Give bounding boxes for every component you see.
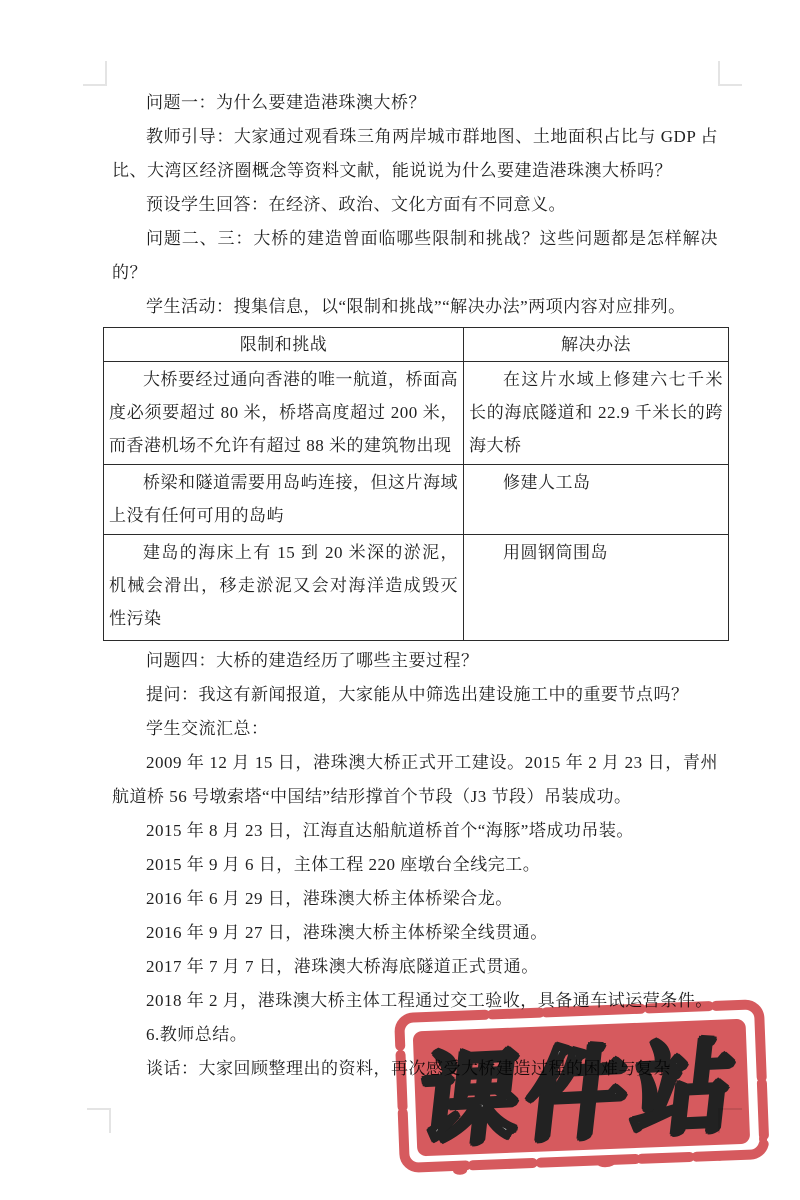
table-header-solutions: 解决办法	[464, 328, 729, 362]
table-cell-solution: 修建人工岛	[464, 465, 729, 535]
paragraph-expected-answer: 预设学生回答：在经济、政治、文化方面有不同意义。	[112, 188, 718, 222]
paragraph-student-summary: 学生交流汇总：	[112, 712, 718, 746]
paragraph-prompt: 提问：我这有新闻报道，大家能从中筛选出建设施工中的重要节点吗？	[112, 678, 718, 712]
paragraph-timeline-2015-09: 2015 年 9 月 6 日，主体工程 220 座墩台全线完工。	[112, 848, 718, 882]
paragraph-timeline-2018-02: 2018 年 2 月，港珠澳大桥主体工程通过交工验收，具备通车试运营条件。	[112, 984, 718, 1018]
table-row: 建岛的海床上有 15 到 20 米深的淤泥，机械会滑出，移走淤泥又会对海洋造成毁…	[104, 535, 729, 641]
document-content: 问题一：为什么要建造港珠澳大桥？ 教师引导：大家通过观看珠三角两岸城市群地图、土…	[103, 86, 728, 1086]
paragraph-student-activity: 学生活动：搜集信息，以“限制和挑战”“解决办法”两项内容对应排列。	[112, 290, 718, 324]
table-header-row: 限制和挑战 解决办法	[104, 328, 729, 362]
table-cell-solution: 用圆钢筒围岛	[464, 535, 729, 641]
text-boundary-mark-bottom-left	[87, 1108, 111, 1133]
paragraph-question-4: 问题四：大桥的建造经历了哪些主要过程？	[112, 644, 718, 678]
table-row: 大桥要经过通向香港的唯一航道，桥面高度必须要超过 80 米，桥塔高度超过 200…	[104, 362, 729, 465]
paragraph-closing-talk: 谈话：大家回顾整理出的资料，再次感受大桥建造过程的困难与复杂	[112, 1052, 718, 1086]
paragraph-timeline-2016-06: 2016 年 6 月 29 日，港珠澳大桥主体桥梁合龙。	[112, 882, 718, 916]
paragraph-timeline-2017-07: 2017 年 7 月 7 日，港珠澳大桥海底隧道正式贯通。	[112, 950, 718, 984]
text-boundary-mark-bottom-right	[718, 1108, 742, 1133]
table-cell-challenge: 大桥要经过通向香港的唯一航道，桥面高度必须要超过 80 米，桥塔高度超过 200…	[104, 362, 464, 465]
table-row: 桥梁和隧道需要用岛屿连接，但这片海域上没有任何可用的岛屿 修建人工岛	[104, 465, 729, 535]
challenges-solutions-table: 限制和挑战 解决办法 大桥要经过通向香港的唯一航道，桥面高度必须要超过 80 米…	[103, 327, 729, 641]
paragraph-timeline-2016-09: 2016 年 9 月 27 日，港珠澳大桥主体桥梁全线贯通。	[112, 916, 718, 950]
document-page: 问题一：为什么要建造港珠澳大桥？ 教师引导：大家通过观看珠三角两岸城市群地图、土…	[0, 0, 800, 1200]
paragraph-timeline-2015-08: 2015 年 8 月 23 日，江海直达船航道桥首个“海豚”塔成功吊装。	[112, 814, 718, 848]
paragraph-question-1: 问题一：为什么要建造港珠澳大桥？	[112, 86, 718, 120]
text-boundary-mark-top-right	[718, 61, 742, 86]
paragraph-question-2-3: 问题二、三：大桥的建造曾面临哪些限制和挑战？这些问题都是怎样解决的？	[112, 222, 718, 290]
table-cell-challenge: 桥梁和隧道需要用岛屿连接，但这片海域上没有任何可用的岛屿	[104, 465, 464, 535]
table-cell-challenge: 建岛的海床上有 15 到 20 米深的淤泥，机械会滑出，移走淤泥又会对海洋造成毁…	[104, 535, 464, 641]
paragraph-teacher-guidance: 教师引导：大家通过观看珠三角两岸城市群地图、土地面积占比与 GDP 占比、大湾区…	[112, 120, 718, 188]
paragraph-teacher-conclusion: 6.教师总结。	[112, 1018, 718, 1052]
table-header-challenges: 限制和挑战	[104, 328, 464, 362]
text-boundary-mark-top-left	[83, 61, 107, 86]
table-cell-solution: 在这片水域上修建六七千米长的海底隧道和 22.9 千米长的跨海大桥	[464, 362, 729, 465]
paragraph-timeline-2009: 2009 年 12 月 15 日，港珠澳大桥正式开工建设。2015 年 2 月 …	[112, 746, 718, 814]
